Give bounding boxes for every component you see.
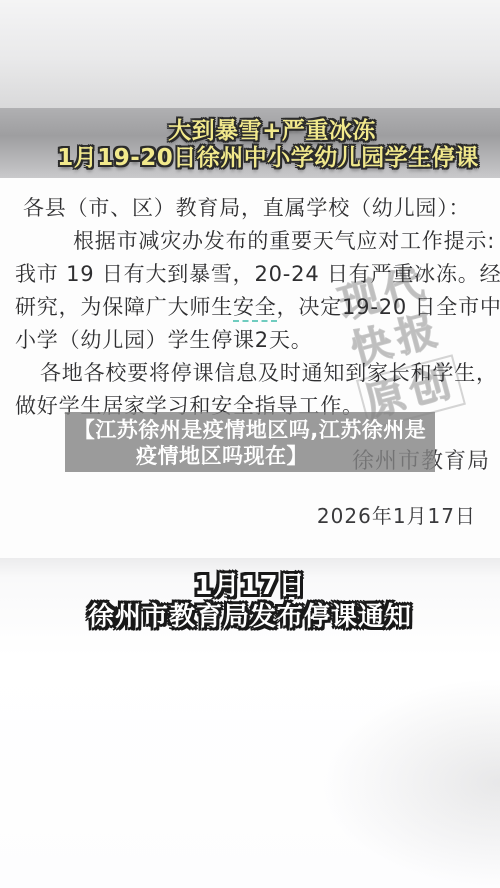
notice-document: 现代 快报 原创 徐州市教育局 各县（市、区）教育局，直属学校（幼儿园）： 根据… xyxy=(0,178,500,558)
caption-line1: 【江苏徐州是疫情地区吗,江苏徐州是 xyxy=(65,417,435,443)
notice-line: 各地各校要将停课信息及时通知到家长和学生， xyxy=(40,357,500,390)
screenshot-root: 大到暴雪+严重冰冻 1月19-20日徐州中小学幼儿园学生停课 现代 快报 原创 … xyxy=(0,0,500,888)
footer-title-line2: 徐州市教育局发布停课通知 xyxy=(0,602,500,632)
notice-line: 小学（幼儿园）学生停课2天。 xyxy=(15,324,500,357)
notice-line: 我市 19 日有大到暴雪，20-24 日有严重冰冻。经 xyxy=(15,258,500,291)
headline-banner: 大到暴雪+严重冰冻 1月19-20日徐州中小学幼儿园学生停课 xyxy=(0,108,500,178)
caption-line2: 疫情地区吗现在】 xyxy=(37,443,407,469)
notice-text-segment: 研究，为保障广大师生 xyxy=(15,295,233,319)
notice-line: 根据市减灾办发布的重要天气应对工作提示: xyxy=(73,225,500,258)
notice-line: 研究，为保障广大师生安全，决定19-20 日全市中 xyxy=(15,291,500,324)
caption-overlay: 【江苏徐州是疫情地区吗,江苏徐州是 疫情地区吗现在】 xyxy=(65,412,435,472)
notice-date: 2026年1月17日 xyxy=(317,500,476,529)
spellcheck-underlined-word: 安全 xyxy=(233,295,277,322)
headline-line1: 大到暴雪+严重冰冻 xyxy=(22,119,500,144)
footer-title-line1: 1月17日 xyxy=(0,558,500,600)
notice-salutation: 各县（市、区）教育局，直属学校（幼儿园）： xyxy=(23,192,500,225)
top-gradient-area xyxy=(0,0,500,108)
notice-text-segment: ，决定19-20 日全市中 xyxy=(277,295,500,319)
headline-line2: 1月19-20日徐州中小学幼儿园学生停课 xyxy=(18,146,500,171)
footer-area: 1月17日 徐州市教育局发布停课通知 xyxy=(0,558,500,888)
